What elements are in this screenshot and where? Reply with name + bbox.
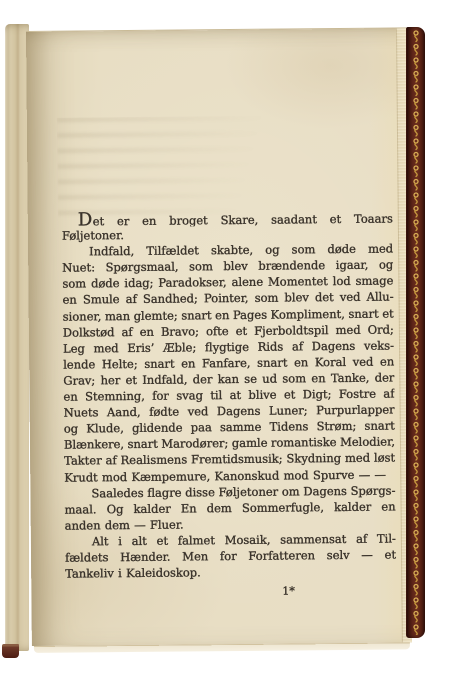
signature-mark: 1* <box>65 582 396 601</box>
back-cover-corner <box>2 644 19 658</box>
book-gutter-fold <box>5 24 29 651</box>
gold-chain-tooling-ornament <box>407 30 425 635</box>
verso-show-through <box>57 115 294 221</box>
signature-container: 1* <box>62 208 397 601</box>
open-book-photo: Det er en broget Skare, saadant et Toaar… <box>0 0 460 700</box>
book-page: Det er en broget Skare, saadant et Toaar… <box>26 27 412 646</box>
leather-binding-edge <box>406 27 425 638</box>
